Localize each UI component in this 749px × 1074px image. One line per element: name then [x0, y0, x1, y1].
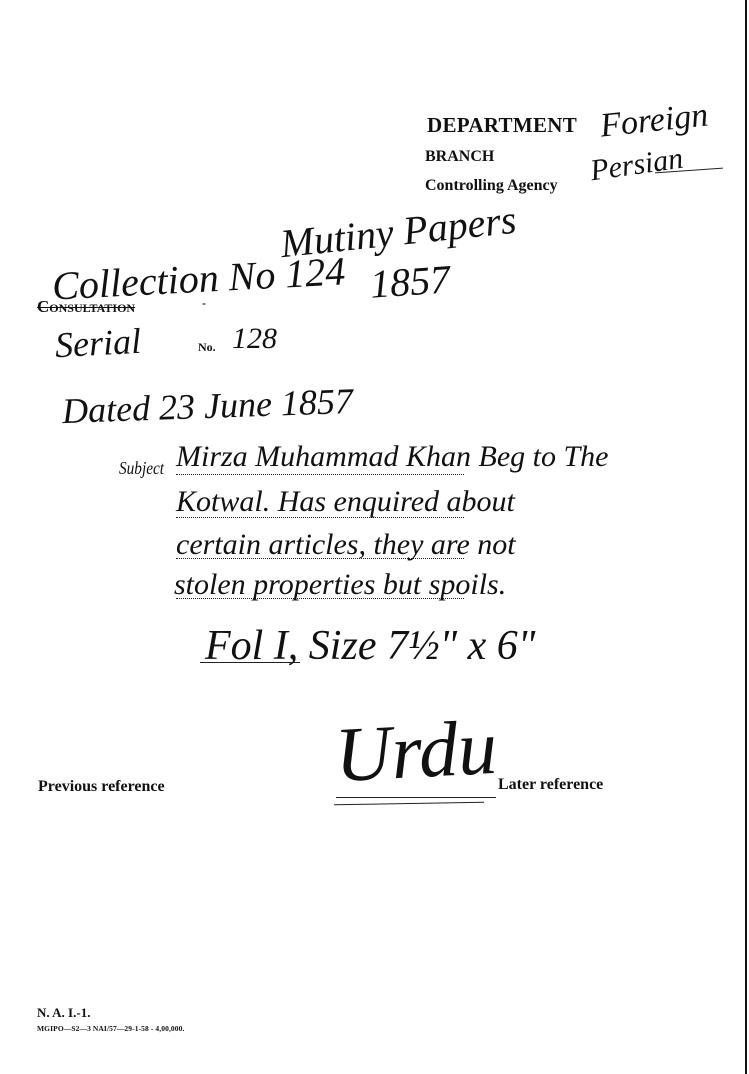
language-value: Urdu: [333, 702, 499, 800]
subject-label: Subject: [119, 458, 164, 479]
branch-label: BRANCH: [425, 148, 494, 166]
department-value: Foreign: [598, 96, 710, 145]
consultation-suffix: -: [202, 296, 206, 311]
subject-line-4: stolen properties but spoils.: [174, 568, 506, 602]
subject-line-1: Mirza Muhammad Khan Beg to The: [176, 440, 608, 474]
department-label: DEPARTMENT: [427, 113, 577, 138]
controlling-agency-label: Controlling Agency: [425, 177, 558, 195]
page-edge-border: [745, 0, 747, 1074]
branch-value: Persian: [588, 142, 685, 189]
language-underline-1: [336, 797, 496, 798]
later-reference-label: Later reference: [498, 776, 603, 794]
print-line: MGIPO—S2—3 NAI/57—29-1-58 - 4,00,000.: [37, 1024, 184, 1033]
consultation-label-struck: Consultation: [37, 297, 135, 317]
collection-year: 1857: [368, 255, 451, 307]
serial-label-handwritten: Serial: [54, 320, 142, 366]
dated-value: Dated 23 June 1857: [61, 380, 353, 432]
subject-line-3: certain articles, they are not: [176, 528, 516, 562]
subject-dotted-line-1: [176, 474, 464, 475]
serial-number: 128: [232, 322, 277, 356]
folio-underline: [200, 662, 300, 663]
previous-reference-label: Previous reference: [38, 778, 165, 796]
subject-line-2: Kotwal. Has enquired about: [176, 485, 515, 519]
form-code: N. A. I.-1.: [37, 1005, 90, 1021]
number-label: No.: [198, 340, 216, 355]
language-underline-2: [334, 802, 484, 806]
